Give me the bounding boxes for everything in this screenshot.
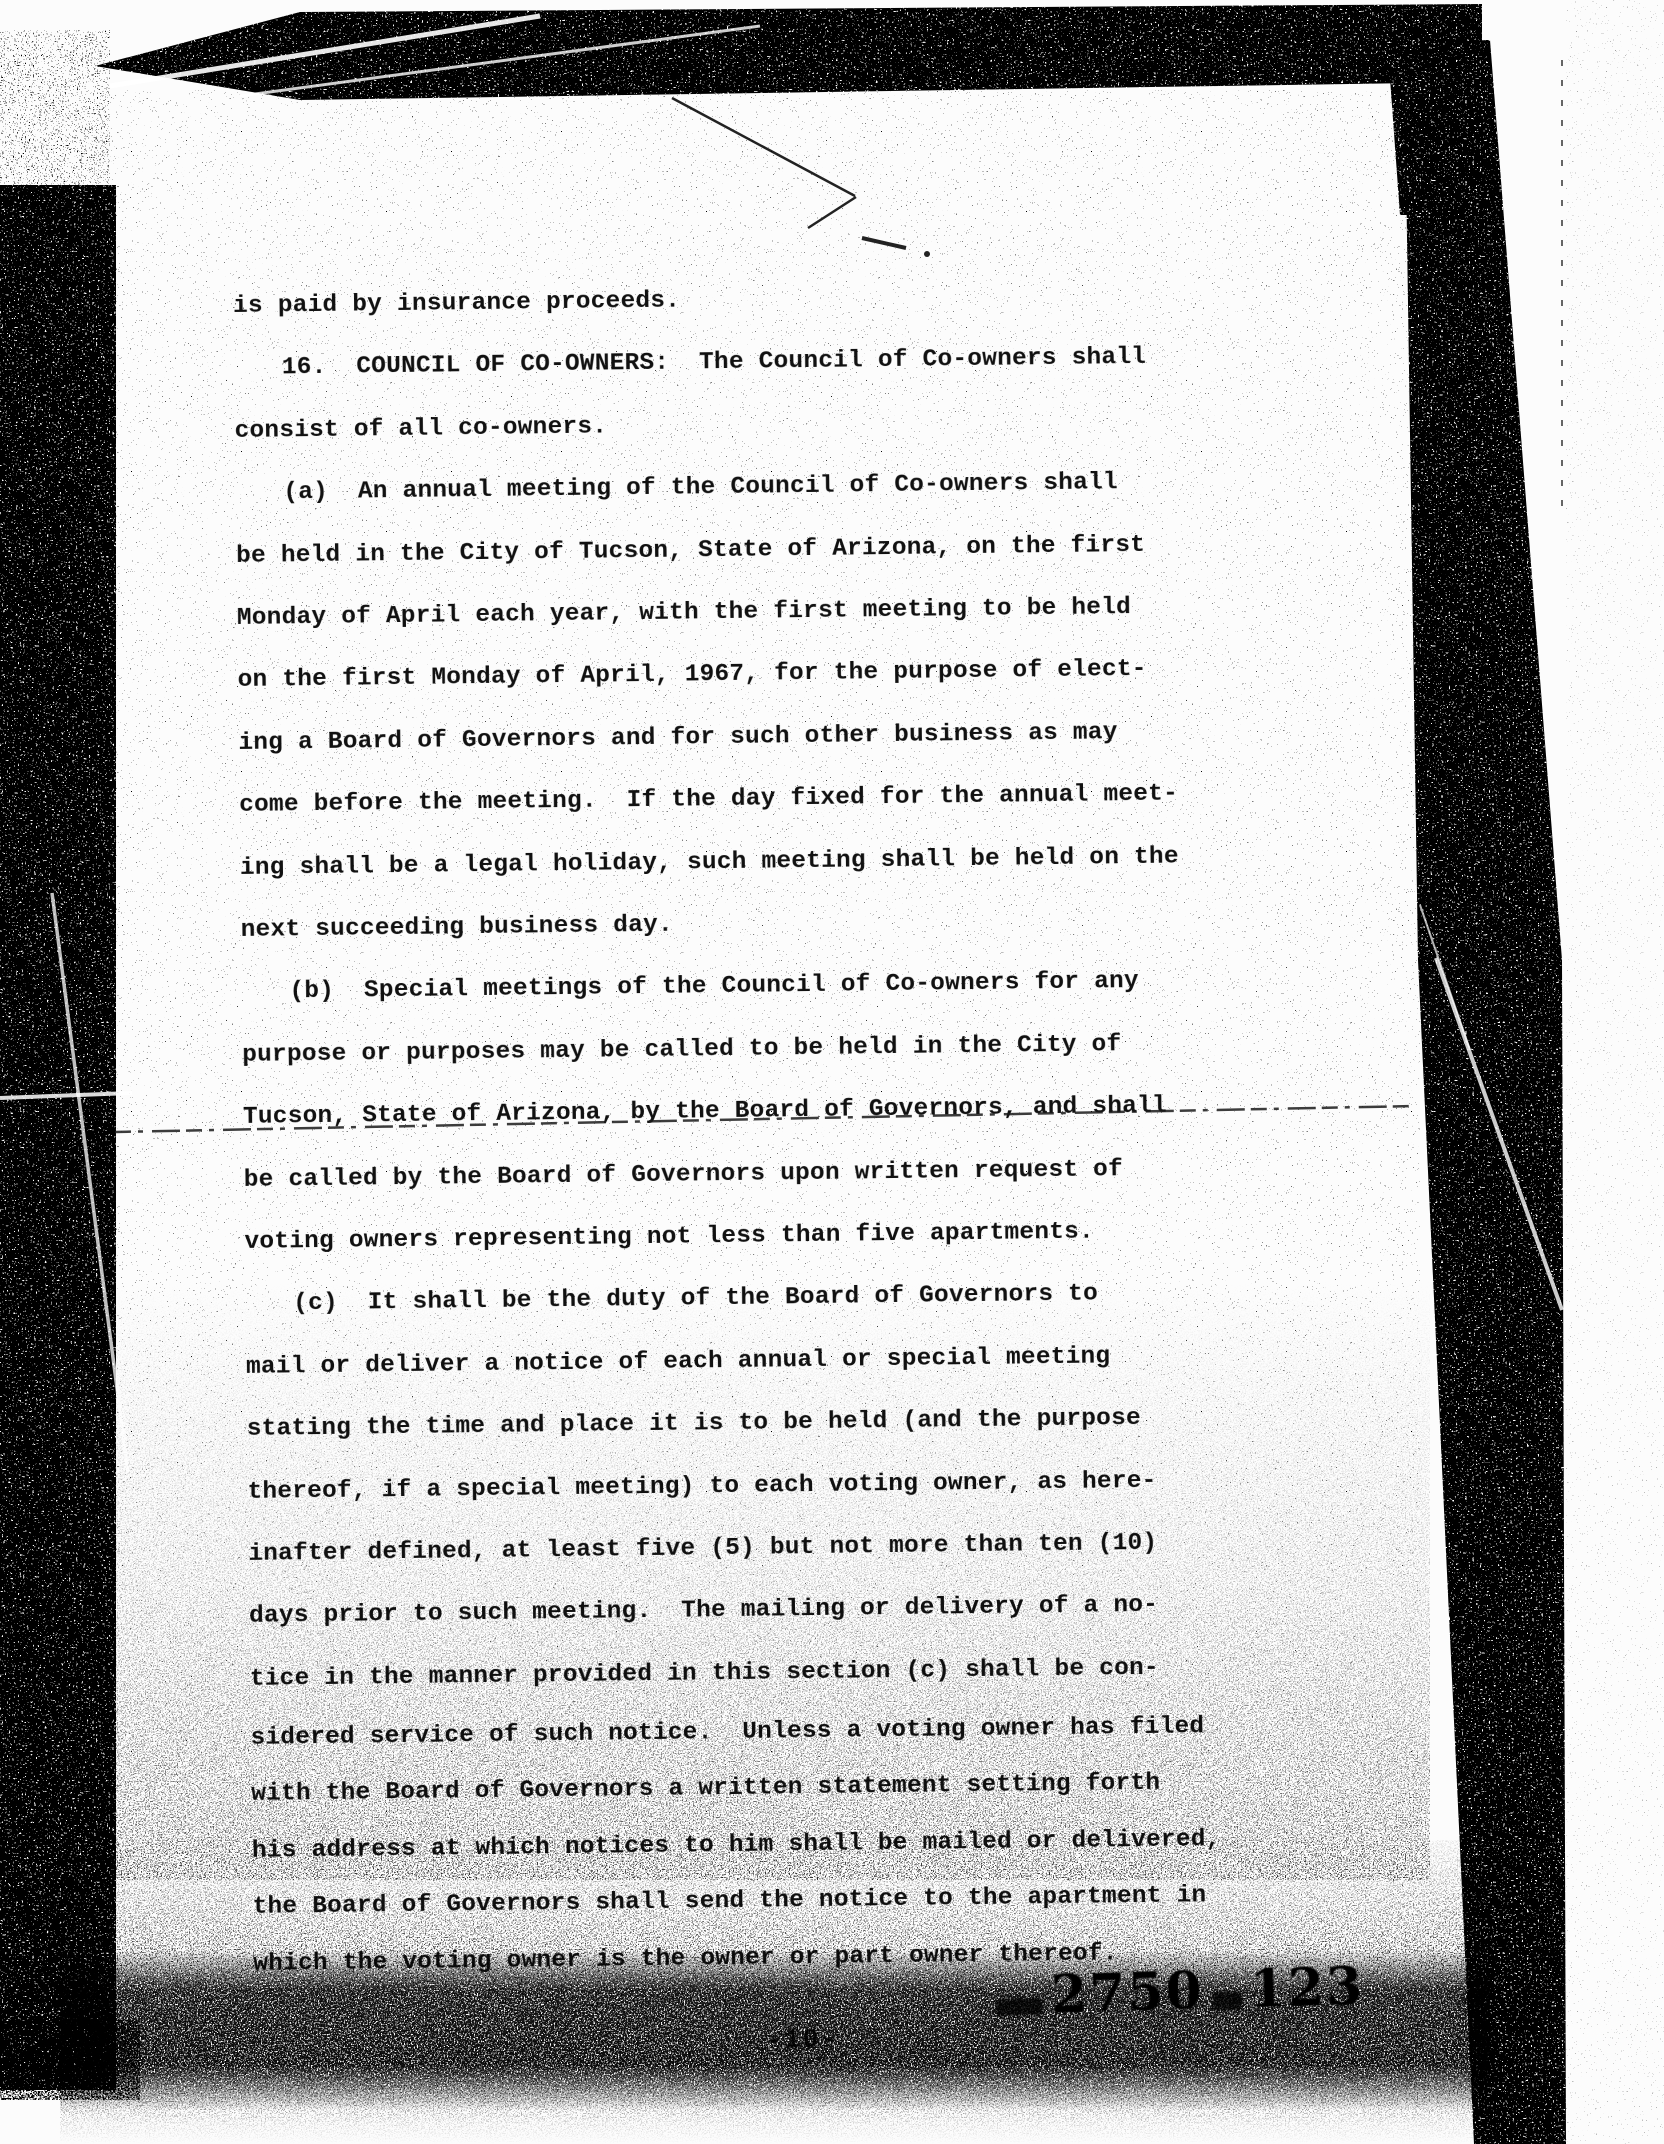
text-line: (b) Special meetings of the Council of C… [289,968,1139,1005]
stamp-smudge [995,1998,1043,2016]
scanned-document-page: is paid by insurance proceeds.16. COUNCI… [0,0,1664,2144]
text-line: inafter defined, at least five (5) but n… [248,1530,1157,1568]
text-line: be held in the City of Tucson, State of … [236,531,1145,569]
stamp-smudge [1212,1991,1243,2011]
text-line: next succeeding business day. [241,912,673,944]
text-line: consist of all co-owners. [234,413,607,445]
text-line: is paid by insurance proceeds. [233,288,680,320]
text-line: days prior to such meeting. The mailing … [249,1592,1158,1630]
text-line: 16. COUNCIL OF CO-OWNERS: The Council of… [282,344,1147,382]
text-line: mail or deliver a notice of each annual … [246,1343,1111,1381]
page-number: -10- [766,2025,839,2056]
text-line: which the voting owner is the owner or p… [253,1940,1118,1978]
stamp-book-number: 2750 [1050,1967,1204,2019]
text-line: purpose or purposes may be called to be … [242,1031,1122,1069]
text-line: sidered service of such notice. Unless a… [250,1713,1204,1752]
text-line: his address at which notices to him shal… [252,1826,1221,1865]
text-line: (a) An annual meeting of the Council of … [283,469,1118,506]
text-line: ing shall be a legal holiday, such meeti… [240,843,1179,881]
text-line: with the Board of Governors a written st… [251,1770,1160,1808]
text-line: tice in the manner provided in this sect… [250,1655,1159,1693]
document-text: is paid by insurance proceeds.16. COUNCI… [0,0,1664,2144]
text-line: ing a Board of Governors and for such ot… [238,719,1118,757]
text-line: on the first Monday of April, 1967, for … [237,656,1146,694]
text-line: Monday of April each year, with the firs… [237,594,1131,632]
text-line: voting owners representing not less than… [244,1219,1094,1256]
text-line: (c) It shall be the duty of the Board of… [293,1281,1098,1318]
text-line: come before the meeting. If the day fixe… [239,781,1178,819]
text-line: stating the time and place it is to be h… [247,1405,1141,1443]
text-line: be called by the Board of Governors upon… [244,1156,1124,1194]
recorder-stamp: 2750 123 [994,1963,1364,2021]
text-line: the Board of Governors shall send the no… [252,1882,1206,1921]
text-line: Tucson, State of Arizona, by the Board o… [243,1093,1167,1131]
text-line: thereof, if a special meeting) to each v… [247,1467,1156,1505]
stamp-page-number: 123 [1249,1963,1365,2014]
